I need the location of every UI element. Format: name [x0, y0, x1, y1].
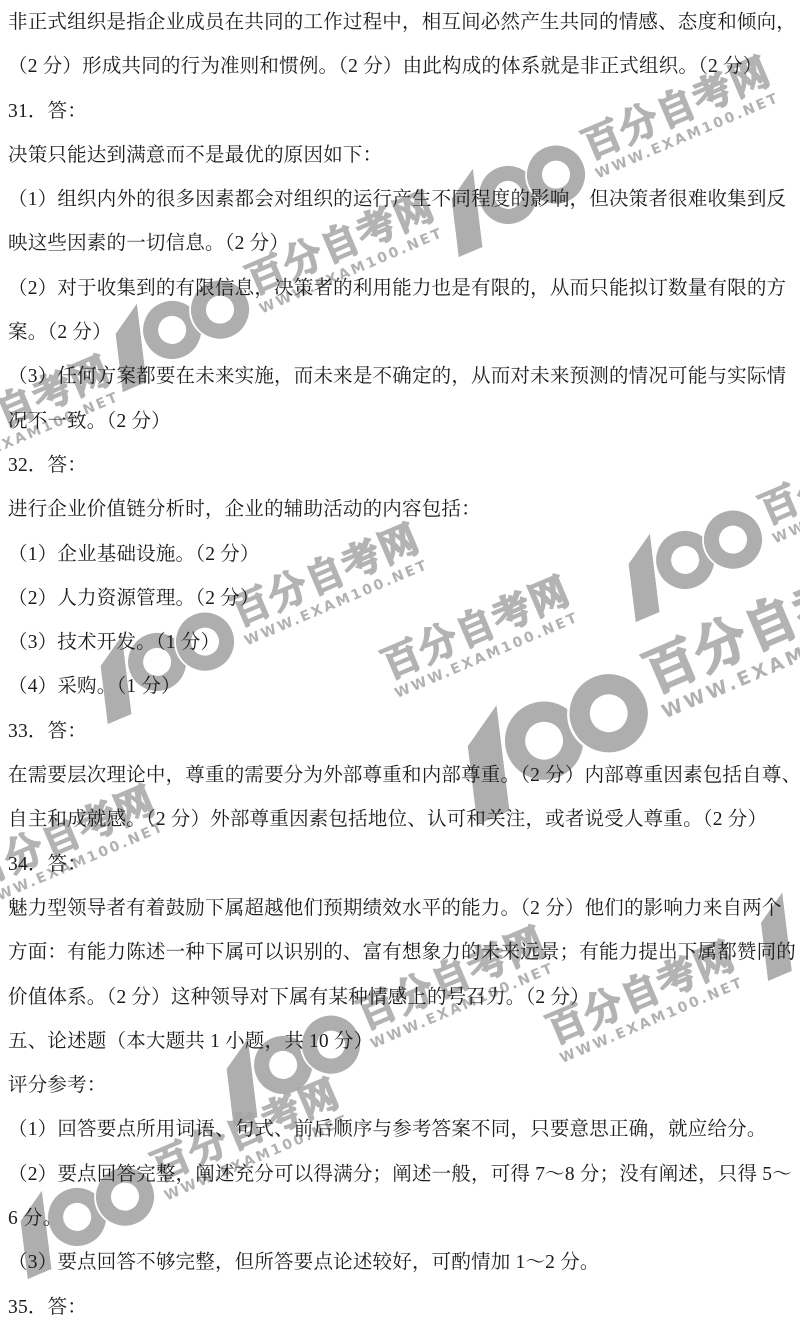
text-line: 映这些因素的一切信息。（2 分）	[8, 222, 796, 266]
text-line: （1）回答要点所用词语、句式、前后顺序与参考答案不同，只要意思正确，就应给分。	[8, 1108, 796, 1152]
section-heading: 五、论述题（本大题共 1 小题，共 10 分）	[8, 1020, 796, 1064]
text-line: 31．答：	[8, 90, 796, 134]
text-line: （2 分）形成共同的行为准则和惯例。（2 分）由此构成的体系就是非正式组织。（2…	[8, 45, 796, 89]
document-page: 百分自考网WWW.EXAM100.NET 百分自考网WWW.EXAM100.NE…	[0, 0, 800, 1330]
text-line: 决策只能达到满意而不是最优的原因如下：	[8, 134, 796, 178]
text-line: 32．答：	[8, 444, 796, 488]
text-line: 况不一致。（2 分）	[8, 400, 796, 444]
text-line: 非正式组织是指企业成员在共同的工作过程中，相互间必然产生共同的情感、态度和倾向，	[8, 1, 796, 45]
text-line: 评分参考：	[8, 1064, 796, 1108]
text-line: 方面：有能力陈述一种下属可以识别的、富有想象力的未来远景；有能力提出下属都赞同的	[8, 931, 796, 975]
text-line: 案。（2 分）	[8, 311, 796, 355]
text-line: 魅力型领导者有着鼓励下属超越他们预期绩效水平的能力。（2 分）他们的影响力来自两…	[8, 887, 796, 931]
text-line: 自主和成就感。（2 分）外部尊重因素包括地位、认可和关注，或者说受人尊重。（2 …	[8, 798, 796, 842]
text-line: （1）组织内外的很多因素都会对组织的运行产生不同程度的影响，但决策者很难收集到反	[8, 178, 796, 222]
text-line: （3）要点回答不够完整，但所答要点论述较好，可酌情加 1～2 分。	[8, 1241, 796, 1285]
text-line: 6 分。	[8, 1197, 796, 1241]
text-line: 35．答：	[8, 1286, 796, 1330]
text-line: 34．答：	[8, 843, 796, 887]
text-line: 进行企业价值链分析时，企业的辅助活动的内容包括：	[8, 488, 796, 532]
answer-key-text: 非正式组织是指企业成员在共同的工作过程中，相互间必然产生共同的情感、态度和倾向，…	[0, 0, 800, 1330]
text-line: （3）任何方案都要在未来实施，而未来是不确定的，从而对未来预测的情况可能与实际情	[8, 355, 796, 399]
text-line: （3）技术开发。（1 分）	[8, 621, 796, 665]
text-line: 33．答：	[8, 710, 796, 754]
text-line: （2）人力资源管理。（2 分）	[8, 577, 796, 621]
text-line: 价值体系。（2 分）这种领导对下属有某种情感上的号召力。（2 分）	[8, 976, 796, 1020]
text-line: 在需要层次理论中，尊重的需要分为外部尊重和内部尊重。（2 分）内部尊重因素包括自…	[8, 754, 796, 798]
text-line: （4）采购。（1 分）	[8, 665, 796, 709]
text-line: （2）要点回答完整，阐述充分可以得满分；阐述一般，可得 7～8 分；没有阐述，只…	[8, 1153, 796, 1197]
text-line: （1）企业基础设施。（2 分）	[8, 533, 796, 577]
text-line: （2）对于收集到的有限信息，决策者的利用能力也是有限的，从而只能拟订数量有限的方	[8, 267, 796, 311]
